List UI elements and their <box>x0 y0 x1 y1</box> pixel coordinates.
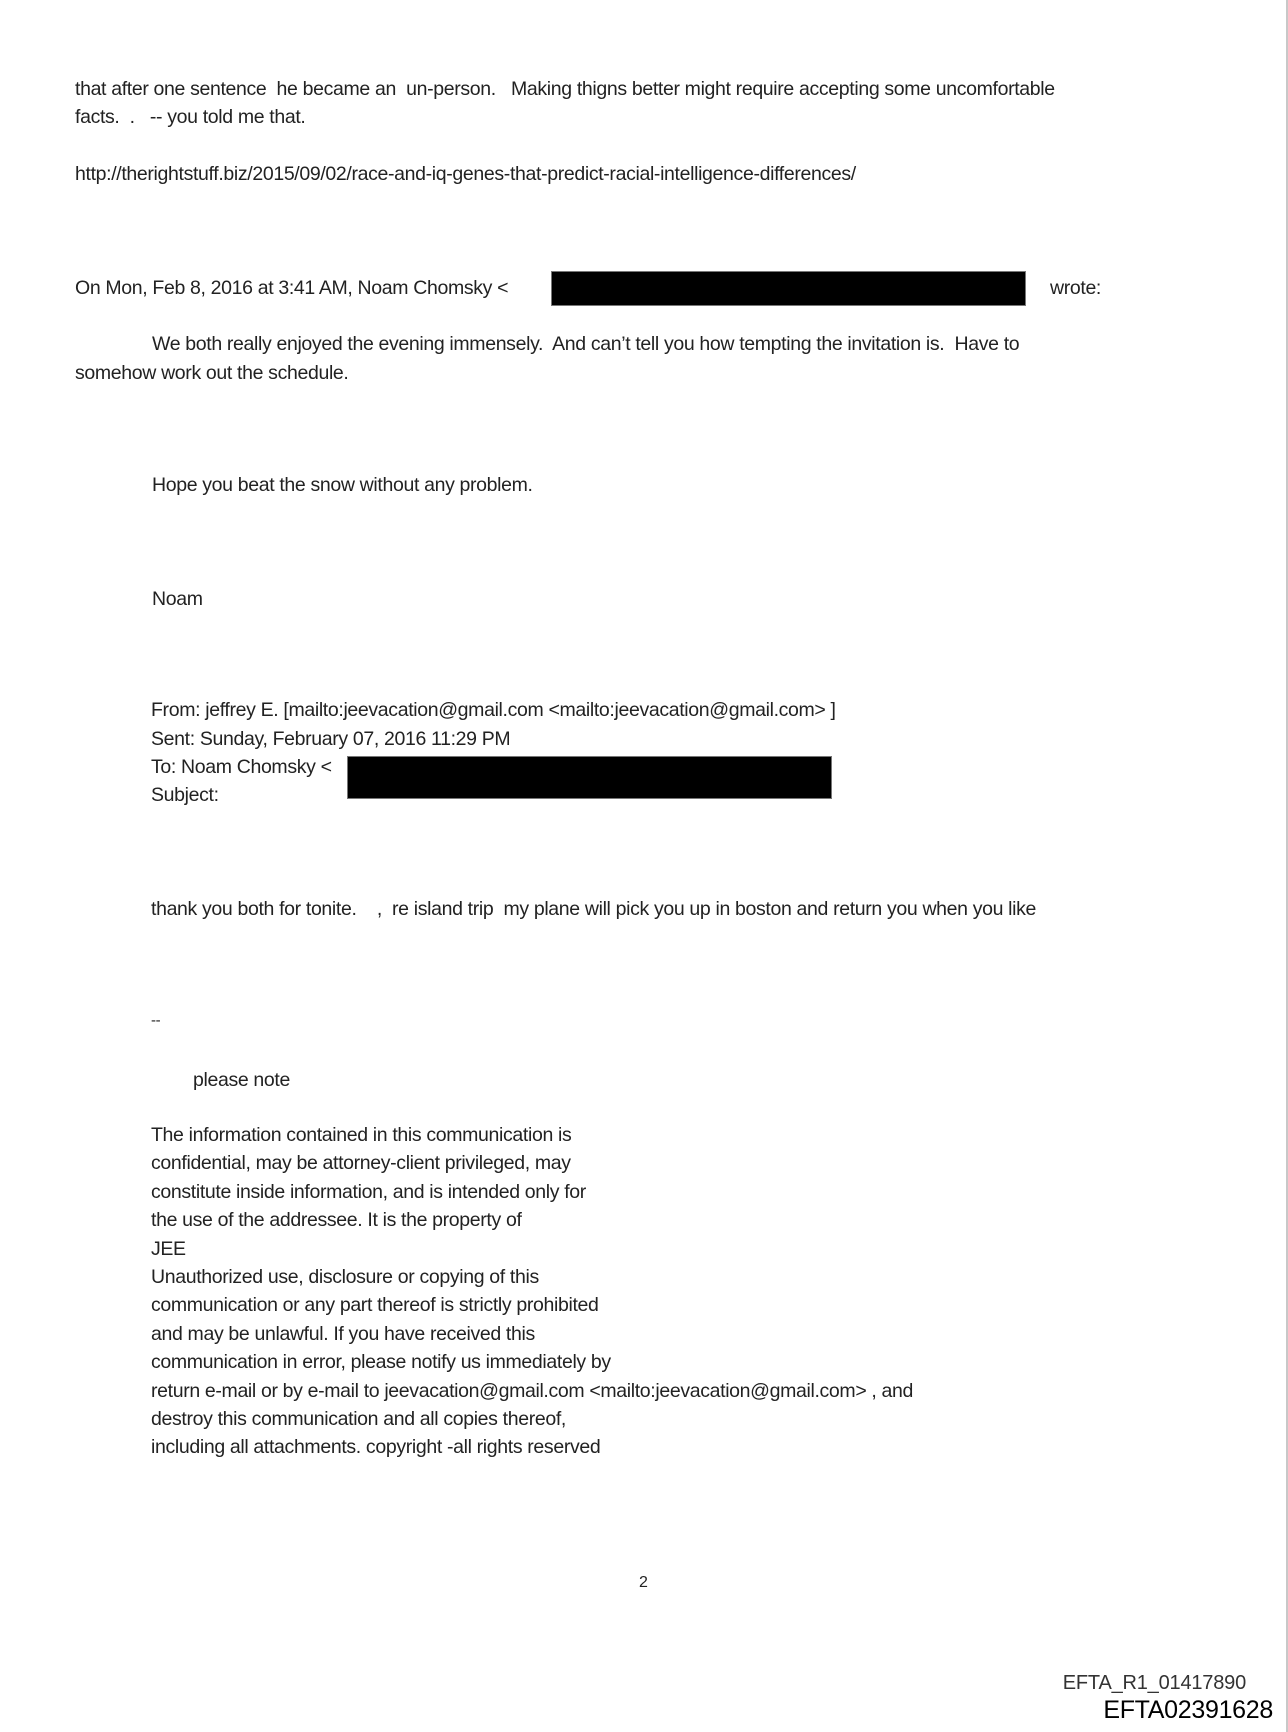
bates-number-primary: EFTA_R1_01417890 <box>1063 1672 1246 1695</box>
redaction-box-recipient-email <box>347 756 832 799</box>
disclaimer-line: and may be unlawful. If you have receive… <box>151 1325 535 1345</box>
original-message-line: thank you both for tonite. , re island t… <box>151 900 1036 920</box>
bates-number-secondary: EFTA02391628 <box>1103 1696 1273 1725</box>
redaction-box-sender-email <box>551 271 1026 306</box>
article-link[interactable]: http://therightstuff.biz/2015/09/02/race… <box>75 165 856 185</box>
disclaimer-line: JEE <box>151 1240 186 1260</box>
disclaimer-line: constitute inside information, and is in… <box>151 1183 586 1203</box>
document-page: that after one sentence he became an un-… <box>0 0 1288 1732</box>
disclaimer-line: The information contained in this commun… <box>151 1126 571 1146</box>
original-sent-line: Sent: Sunday, February 07, 2016 11:29 PM <box>151 730 510 750</box>
reply-body-line-2: somehow work out the schedule. <box>75 364 349 384</box>
continued-text-line-2: facts. . -- you told me that. <box>75 108 305 128</box>
original-subject-line: Subject: <box>151 786 219 806</box>
disclaimer-line: destroy this communication and all copie… <box>151 1410 566 1430</box>
original-to-line: To: Noam Chomsky < <box>151 758 332 778</box>
disclaimer-line: communication in error, please notify us… <box>151 1353 611 1373</box>
reply-header-prefix: On Mon, Feb 8, 2016 at 3:41 AM, Noam Cho… <box>75 279 508 299</box>
disclaimer-line: including all attachments. copyright -al… <box>151 1438 600 1458</box>
disclaimer-line: confidential, may be attorney-client pri… <box>151 1154 571 1174</box>
original-from-line: From: jeffrey E. [mailto:jeevacation@gma… <box>151 701 836 721</box>
disclaimer-line: communication or any part thereof is str… <box>151 1296 599 1316</box>
page-number: 2 <box>639 1574 648 1592</box>
please-note-label: please note <box>193 1071 290 1091</box>
reply-body-line-1: We both really enjoyed the evening immen… <box>152 335 1019 355</box>
continued-text-line-1: that after one sentence he became an un-… <box>75 80 1055 100</box>
reply-header-suffix: wrote: <box>1050 279 1101 299</box>
disclaimer-line: return e-mail or by e-mail to jeevacatio… <box>151 1382 913 1402</box>
disclaimer-line: Unauthorized use, disclosure or copying … <box>151 1268 539 1288</box>
disclaimer-line: the use of the addressee. It is the prop… <box>151 1211 522 1231</box>
signature-separator: -- <box>151 1013 160 1028</box>
reply-signature: Noam <box>152 590 203 610</box>
reply-body-snow-line: Hope you beat the snow without any probl… <box>152 476 533 496</box>
